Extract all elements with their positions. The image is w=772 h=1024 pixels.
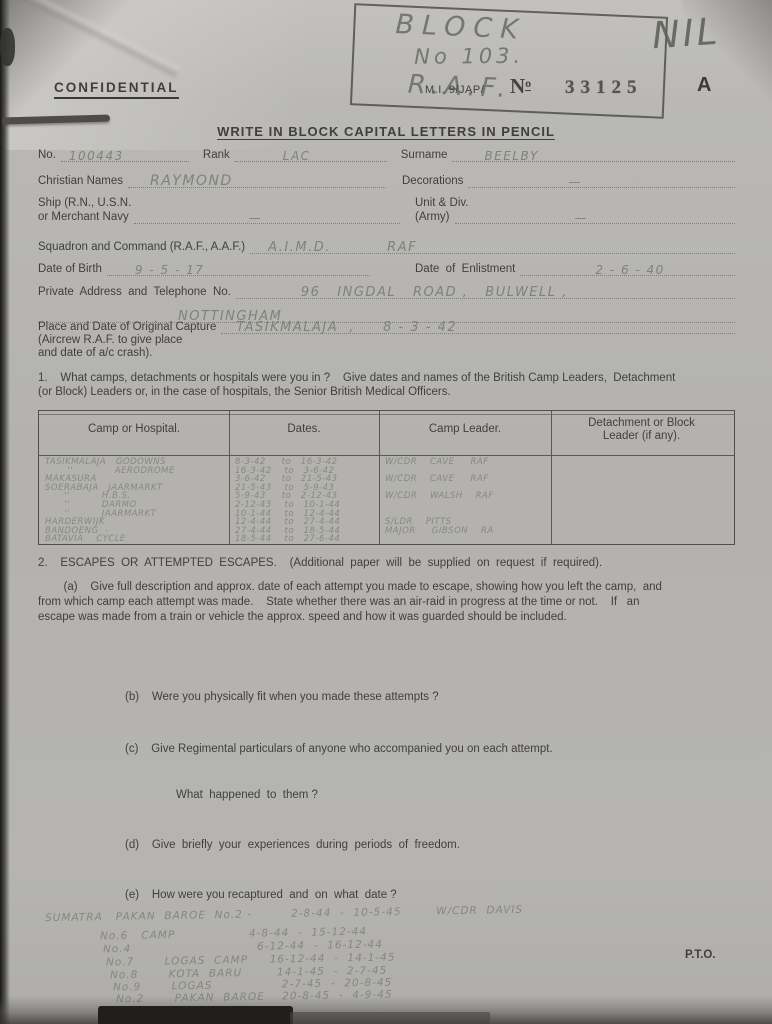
decorations-line: — <box>468 172 735 188</box>
ship-value: — <box>249 211 263 225</box>
address-label: Private Address and Telephone No. <box>38 286 231 299</box>
binding-mark <box>0 28 15 66</box>
no-line: 100443 <box>61 146 189 162</box>
scanned-document: CONFIDENTIAL BLOCK No 103. R.A.F. M.I. 9… <box>0 0 772 1024</box>
table-row: '' AERODROME <box>45 466 227 475</box>
field-row-address: Private Address and Telephone No. 96 ING… <box>38 283 735 299</box>
bottom-dark-mark <box>98 1006 293 1024</box>
q2-title: 2. ESCAPES OR ATTEMPTED ESCAPES. (Additi… <box>38 556 602 570</box>
unit-line: — <box>455 208 736 224</box>
table-row: 21-5-43 to 5-9-43 <box>235 483 375 492</box>
field-row-squadron: Squadron and Command (R.A.F., A.A.F.) A.… <box>38 238 735 254</box>
table-row: S/LDR PITTS <box>385 517 549 526</box>
dates-column: 8-3-42 to 16-3-42 16-3-42 to 3-6-42 3-6-… <box>235 457 375 543</box>
ship-label-line2: or Merchant Navy <box>38 211 129 224</box>
number-sign-n: N <box>510 74 525 98</box>
q2e-text: (e) How were you recaptured and on what … <box>125 888 397 902</box>
camp-column: TASIKMALAJA GODOWNS '' AERODROME MAKASUR… <box>45 457 227 543</box>
table-row: 5-9-43 to 2-12-43 <box>235 491 375 500</box>
table-row: BATAVIA CYCLE <box>45 534 227 543</box>
christian-names-line: RAYMOND <box>128 172 386 188</box>
camps-table: Camp or Hospital. Dates. Camp Leader. De… <box>38 410 735 545</box>
table-row: 10-1-44 to 12-4-44 <box>235 509 375 518</box>
dob-value: 9 - 5 - 17 <box>135 263 204 277</box>
field-row-1: No. 100443 Rank LAC Surname BEELBY <box>38 146 735 162</box>
squadron-label: Squadron and Command (R.A.F., A.A.F.) <box>38 241 245 254</box>
table-row: MAJOR GIBSON RA <box>385 526 549 535</box>
table-header-divider <box>39 455 734 456</box>
pencil-note: SUMATRA PAKAN BAROE No.2 - 2-8-44 - 10-5… <box>45 904 523 924</box>
q2a-line2: from which camp each attempt was made. S… <box>38 595 639 609</box>
rank-value: LAC <box>283 149 311 163</box>
field-row-ship: or Merchant Navy — <box>38 208 400 224</box>
header-block-leader-line2: Leader (if any). <box>551 430 732 443</box>
table-row: BANDOENG - <box>45 526 227 535</box>
table-row: SOERABAJA JAARMARKT <box>45 483 227 492</box>
q2c-text: (c) Give Regimental particulars of anyon… <box>125 742 553 756</box>
field-row-capture: Place and Date of Original Capture TASIK… <box>38 318 735 334</box>
surname-label: Surname <box>401 149 448 162</box>
christian-names-value: RAYMOND <box>150 173 233 189</box>
pto-label: P.T.O. <box>685 948 715 962</box>
q2d-text: (d) Give briefly your experiences during… <box>125 838 460 852</box>
instruction-heading: WRITE IN BLOCK CAPITAL LETTERS IN PENCIL <box>190 124 582 139</box>
serial-suffix: A <box>697 74 711 97</box>
table-row <box>385 483 549 492</box>
q2a-line1: (a) Give full description and approx. da… <box>38 580 662 594</box>
serial-number: 33125 <box>565 77 643 99</box>
enlistment-label: Date of Enlistment <box>415 263 515 276</box>
number-sign: No <box>510 74 531 99</box>
enlistment-value: 2 - 6 - 40 <box>595 263 664 277</box>
leader-column: W/CDR CAVE RAF W/CDR CAVE RAF W/CDR WALS… <box>385 457 549 543</box>
table-row: TASIKMALAJA GODOWNS <box>45 457 227 466</box>
table-row <box>385 509 549 518</box>
header-block-leader: Detachment or Block Leader (if any). <box>551 417 732 443</box>
capture-label-line3: and date of a/c crash). <box>38 346 152 360</box>
table-row: 16-3-42 to 3-6-42 <box>235 466 375 475</box>
nil-annotation: NIL <box>651 10 722 58</box>
enlistment-line: 2 - 6 - 40 <box>520 260 735 276</box>
squadron-value: A.I.M.D. RAF <box>268 240 417 255</box>
header-dates: Dates. <box>229 423 379 436</box>
header-leader: Camp Leader. <box>379 423 551 436</box>
ship-line: — <box>134 208 400 224</box>
table-row: 3-6-42 to 21-5-43 <box>235 474 375 483</box>
surname-value: BEELBY <box>484 149 538 163</box>
christian-names-label: Christian Names <box>38 175 123 188</box>
no-value: 100443 <box>69 149 124 163</box>
q1-text-line1: 1. What camps, detachments or hospitals … <box>38 371 675 385</box>
table-row: W/CDR CAVE RAF <box>385 474 549 483</box>
table-double-border <box>39 414 734 415</box>
unit-value: — <box>575 211 589 225</box>
table-row: 8-3-42 to 16-3-42 <box>235 457 375 466</box>
table-row: '' JAARMARKT <box>45 509 227 518</box>
table-row: W/CDR CAVE RAF <box>385 457 549 466</box>
capture-value: TASIKMALAJA , 8 - 3 - 42 <box>236 320 457 335</box>
field-row-unit: (Army) — <box>415 208 735 224</box>
table-row: 2-12-43 to 10-1-44 <box>235 500 375 509</box>
scan-edge-left <box>0 0 10 1024</box>
field-row-dob: Date of Birth 9 - 5 - 17 <box>38 260 370 276</box>
q2c2-text: What happened to them ? <box>176 788 318 802</box>
confidential-marking: CONFIDENTIAL <box>54 80 179 99</box>
q2a-line3: escape was made from a train or vehicle … <box>38 610 567 624</box>
q2b-text: (b) Were you physically fit when you mad… <box>125 690 439 704</box>
form-reference: M.I. 9/JAP/ <box>425 84 484 96</box>
header-camp: Camp or Hospital. <box>39 423 229 436</box>
address-line1: 96 INGDAL ROAD , BULWELL , <box>236 283 735 299</box>
decorations-value: — <box>568 175 582 189</box>
field-row-enlistment: Date of Enlistment 2 - 6 - 40 <box>415 260 735 276</box>
rank-label: Rank <box>203 149 230 162</box>
dob-line: 9 - 5 - 17 <box>107 260 370 276</box>
surname-line: BEELBY <box>452 146 735 162</box>
header-block-leader-line1: Detachment or Block <box>551 417 732 430</box>
table-row: 18-5-44 to 27-6-44 <box>235 534 375 543</box>
stamp-line-number: No 103. <box>414 44 524 69</box>
paper-crease <box>0 0 180 77</box>
stamp-line-block: BLOCK <box>395 9 527 46</box>
no-label: No. <box>38 149 56 162</box>
block-stamp-box: BLOCK No 103. R.A.F. <box>350 3 668 119</box>
squadron-line: A.I.M.D. RAF <box>250 238 735 254</box>
table-row <box>385 500 549 509</box>
address-value-line1: 96 INGDAL ROAD , BULWELL , <box>301 285 568 300</box>
capture-line: TASIKMALAJA , 8 - 3 - 42 <box>221 318 735 334</box>
field-row-2: Christian Names RAYMOND Decorations — <box>38 172 735 188</box>
rank-line: LAC <box>235 146 387 162</box>
table-row: 27-4-44 to 18-5-44 <box>235 526 375 535</box>
unit-label-line2: (Army) <box>415 211 450 224</box>
table-row: '' DARMO <box>45 500 227 509</box>
dob-label: Date of Birth <box>38 263 102 276</box>
bottom-mid-mark <box>290 1012 490 1024</box>
capture-label-line2: (Aircrew R.A.F. to give place <box>38 333 182 347</box>
pencil-scribble <box>2 115 110 125</box>
q1-text-line2: (or Block) Leaders or, in the case of ho… <box>38 385 451 399</box>
table-row: 12-4-44 to 27-4-44 <box>235 517 375 526</box>
decorations-label: Decorations <box>402 175 463 188</box>
number-sign-o: o <box>525 76 531 91</box>
table-row: W/CDR WALSH RAF <box>385 491 549 500</box>
